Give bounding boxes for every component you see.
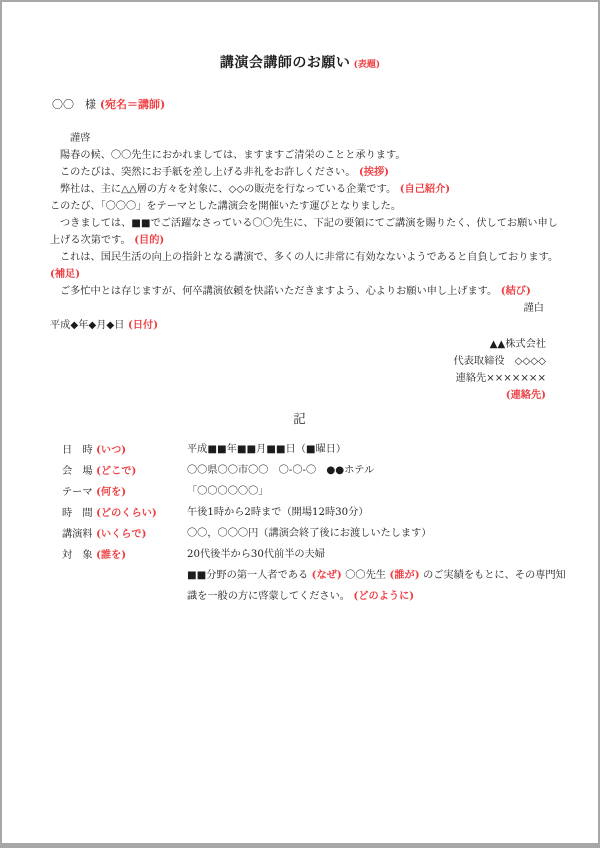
- record-label: 対 象 (誰を): [62, 545, 187, 607]
- record-label-text: テーマ: [62, 487, 93, 498]
- sender-block: ▲▲株式会社 代表取締役 ◇◇◇◇ 連絡先××××××× (連絡先): [50, 336, 550, 404]
- text-segment: このたびは、突然にお手紙を差し上げる非礼をお許しください。: [60, 167, 355, 178]
- text-segment: 平成■■年■■月■■日（■曜日）: [187, 444, 346, 455]
- record-row: 講演料 (いくらで)〇〇，〇〇〇円（講演会終了後にお渡しいたします）: [50, 524, 550, 545]
- body-line: (補足): [50, 266, 550, 283]
- record-label-annotation: (いつ): [93, 444, 127, 456]
- record-label-text: 時 間: [62, 508, 93, 519]
- body-line: このたびは、突然にお手紙を差し上げる非礼をお許しください。 (挨拶): [50, 164, 550, 181]
- record-value-line: 識を一般の方に啓蒙してください。 (どのように): [187, 586, 566, 607]
- text-segment: 〇〇県〇〇市〇〇 〇-〇-〇 ●●ホテル: [187, 465, 374, 476]
- body-line: 上げる次第です。 (目的): [50, 232, 550, 249]
- body-line: ご多忙中とは存じますが、何卒講演依頼を快諾いただきますよう、心よりお願い申し上げ…: [50, 283, 550, 300]
- text-segment: 上げる次第です。: [50, 235, 131, 246]
- recipient-annotation: (宛名＝講師): [96, 98, 165, 111]
- letter-body: 謹啓陽春の候、〇〇先生におかれましては、ますますご清栄のことと承ります。このたび…: [50, 130, 550, 300]
- closing-word: 謹白: [50, 300, 550, 317]
- record-value: 〇〇県〇〇市〇〇 〇-〇-〇 ●●ホテル: [187, 461, 550, 482]
- body-line: 謹啓: [50, 130, 550, 147]
- record-label-annotation: (どこで): [93, 465, 137, 477]
- annotation: (自己紹介): [396, 183, 450, 195]
- record-label-text: 会 場: [62, 466, 93, 477]
- sender-company: ▲▲株式会社: [50, 336, 546, 353]
- text-segment: 20代後半から30代前半の夫婦: [187, 549, 325, 560]
- date-line: 平成◆年◆月◆日 (日付): [50, 317, 550, 334]
- record-label-annotation: (いくらで): [93, 528, 147, 540]
- record-value-line: 〇〇，〇〇〇円（講演会終了後にお渡しいたします）: [187, 524, 550, 544]
- record-heading: 記: [50, 410, 550, 428]
- record-row: 会 場 (どこで)〇〇県〇〇市〇〇 〇-〇-〇 ●●ホテル: [50, 461, 550, 482]
- text-segment: 午後1時から2時まで（開場12時30分）: [187, 507, 369, 518]
- annotation: (誰が): [386, 569, 423, 581]
- text-segment: つきましては、■■でご活躍なさっている〇〇先生に、下記の要領にてご講演を賜りたく…: [60, 218, 558, 229]
- record-value-line: 「〇〇〇〇〇〇」: [187, 482, 550, 502]
- text-segment: 「〇〇〇〇〇〇」: [187, 486, 269, 497]
- sender-representative: 代表取締役 ◇◇◇◇: [50, 353, 546, 370]
- record-value: 〇〇，〇〇〇円（講演会終了後にお渡しいたします）: [187, 524, 550, 545]
- text-segment: 識を一般の方に啓蒙してください。: [187, 591, 350, 602]
- record-label-text: 日 時: [62, 445, 93, 456]
- record-label-annotation: (何を): [93, 486, 127, 498]
- record-value-line: 20代後半から30代前半の夫婦: [187, 545, 566, 565]
- annotation: (結び): [497, 285, 531, 297]
- body-line: 弊社は、主に△△層の方々を対象に、◇◇の販売を行なっている企業です。 (自己紹介…: [50, 181, 550, 198]
- annotation: (挨拶): [355, 166, 389, 178]
- body-line: つきましては、■■でご活躍なさっている〇〇先生に、下記の要領にてご講演を賜りたく…: [50, 215, 550, 232]
- record-value-line: 午後1時から2時まで（開場12時30分）: [187, 503, 550, 523]
- record-row: テーマ (何を)「〇〇〇〇〇〇」: [50, 482, 550, 503]
- text-segment: このたび、「〇〇〇」をテーマとした講演会を開催いたす運びとなりました。: [50, 201, 401, 212]
- text-segment: 〇〇先生: [345, 570, 386, 581]
- record-row: 日 時 (いつ)平成■■年■■月■■日（■曜日）: [50, 440, 550, 461]
- record-value: 平成■■年■■月■■日（■曜日）: [187, 440, 550, 461]
- recipient-line: 〇〇 様 (宛名＝講師): [52, 96, 550, 112]
- letter-title-row: 講演会講師のお願い (表題): [50, 52, 550, 72]
- record-label-annotation: (どのくらい): [93, 507, 157, 519]
- annotation: (目的): [131, 234, 165, 246]
- record-row: 対 象 (誰を)20代後半から30代前半の夫婦■■分野の第一人者である (なぜ)…: [50, 545, 550, 607]
- record-value-line: ■■分野の第一人者である (なぜ) 〇〇先生 (誰が) のご実績をもとに、その専…: [187, 565, 566, 586]
- text-segment: ■■分野の第一人者である: [187, 570, 308, 581]
- text-segment: 謹啓: [70, 133, 90, 144]
- body-line: これは、国民生活の向上の指針となる講演で、多くの人に非常に有効なないようであると…: [50, 249, 550, 266]
- title-annotation: (表題): [354, 60, 381, 70]
- annotation: (補足): [50, 268, 80, 280]
- record-label: テーマ (何を): [62, 482, 187, 503]
- record-value: 20代後半から30代前半の夫婦■■分野の第一人者である (なぜ) 〇〇先生 (誰…: [187, 545, 566, 607]
- record-label-text: 対 象: [62, 550, 93, 561]
- recipient-name: 〇〇 様: [52, 98, 96, 111]
- body-line: このたび、「〇〇〇」をテーマとした講演会を開催いたす運びとなりました。: [50, 198, 550, 215]
- record-row: 時 間 (どのくらい)午後1時から2時まで（開場12時30分）: [50, 503, 550, 524]
- record-label: 時 間 (どのくらい): [62, 503, 187, 524]
- record-label-annotation: (誰を): [93, 549, 127, 561]
- text-segment: 陽春の候、〇〇先生におかれましては、ますますご清栄のことと承ります。: [60, 150, 406, 161]
- text-segment: これは、国民生活の向上の指針となる講演で、多くの人に非常に有効なないようであると…: [60, 252, 558, 263]
- record-section: 日 時 (いつ)平成■■年■■月■■日（■曜日）会 場 (どこで)〇〇県〇〇市〇…: [50, 440, 550, 607]
- annotation: (なぜ): [308, 569, 345, 581]
- record-label-text: 講演料: [62, 529, 93, 540]
- sender-contact: 連絡先×××××××: [50, 370, 546, 387]
- text-segment: ご多忙中とは存じますが、何卒講演依頼を快諾いただきますよう、心よりお願い申し上げ…: [60, 286, 497, 297]
- text-segment: 弊社は、主に△△層の方々を対象に、◇◇の販売を行なっている企業です。: [60, 184, 396, 195]
- annotation: (どのように): [350, 590, 414, 602]
- body-line: 陽春の候、〇〇先生におかれましては、ますますご清栄のことと承ります。: [50, 147, 550, 164]
- text-segment: 〇〇，〇〇〇円（講演会終了後にお渡しいたします）: [187, 528, 432, 539]
- letter-title: 講演会講師のお願い: [220, 55, 351, 71]
- record-label: 講演料 (いくらで): [62, 524, 187, 545]
- letter-page: 講演会講師のお願い (表題) 〇〇 様 (宛名＝講師) 謹啓陽春の候、〇〇先生に…: [0, 0, 600, 848]
- text-segment: のご実績をもとに、その専門知: [423, 570, 566, 581]
- date-annotation: (日付): [124, 319, 158, 331]
- record-value-line: 平成■■年■■月■■日（■曜日）: [187, 440, 550, 460]
- record-label: 会 場 (どこで): [62, 461, 187, 482]
- record-value-line: 〇〇県〇〇市〇〇 〇-〇-〇 ●●ホテル: [187, 461, 550, 481]
- record-value: 「〇〇〇〇〇〇」: [187, 482, 550, 503]
- date-text: 平成◆年◆月◆日: [50, 320, 124, 331]
- sender-annotation: (連絡先): [50, 387, 546, 404]
- record-label: 日 時 (いつ): [62, 440, 187, 461]
- record-value: 午後1時から2時まで（開場12時30分）: [187, 503, 550, 524]
